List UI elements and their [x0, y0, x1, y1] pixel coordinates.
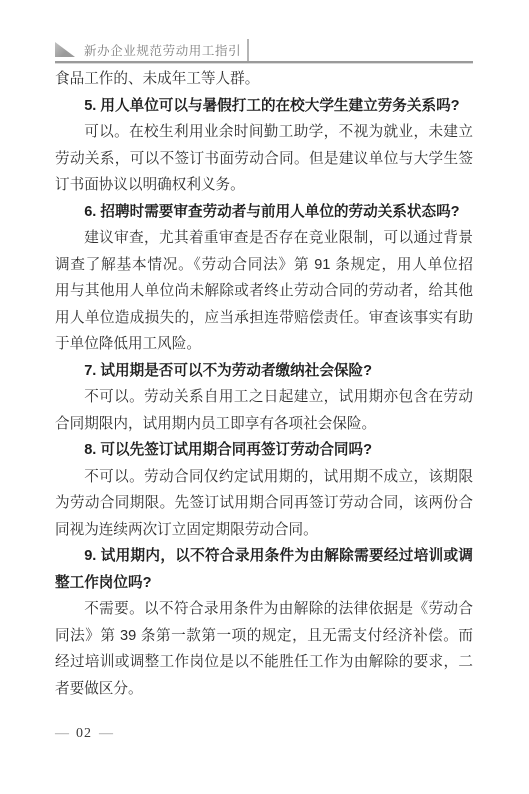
- paragraph-continuation: 食品工作的、未成年工等人群。: [55, 66, 473, 93]
- text-line: 5. 用人单位可以与暑假打工的在校大学生建立劳务关系吗?: [55, 93, 473, 120]
- text-line: 9. 试用期内，以不符合录用条件为由解除需要经过培训或调: [55, 543, 473, 570]
- paragraph-question: 8. 可以先签订试用期合同再签订劳动合同吗?: [55, 437, 473, 464]
- text-line: 为劳动合同期限。先签订试用期合同再签订劳动合同，该两份合: [55, 490, 473, 517]
- text-line: 经过培训或调整工作岗位是以不能胜任工作为由解除的要求，二: [55, 649, 473, 676]
- paragraph-question: 9. 试用期内，以不符合录用条件为由解除需要经过培训或调整工作岗位吗?: [55, 543, 473, 596]
- text-line: 可以。在校生利用业余时间勤工助学，不视为就业，未建立: [55, 119, 473, 146]
- paragraph-question: 6. 招聘时需要审查劳动者与前用人单位的劳动关系状态吗?: [55, 199, 473, 226]
- footer-dash-left: —: [55, 726, 69, 742]
- paragraph-question: 7. 试用期是否可以不为劳动者缴纳社会保险?: [55, 358, 473, 385]
- text-line: 于单位降低用工风险。: [55, 331, 473, 358]
- text-line: 调查了解基本情况。《劳动合同法》第 91 条规定，用人单位招: [55, 252, 473, 279]
- header-rule: [55, 61, 473, 64]
- text-line: 劳动关系，可以不签订书面劳动合同。但是建议单位与大学生签: [55, 146, 473, 173]
- text-line: 合同期限内，试用期内员工即享有各项社会保险。: [55, 411, 473, 438]
- text-line: 不可以。劳动关系自用工之日起建立，试用期亦包含在劳动: [55, 384, 473, 411]
- text-line: 同视为连续两次订立固定期限劳动合同。: [55, 517, 473, 544]
- page-body: 食品工作的、未成年工等人群。5. 用人单位可以与暑假打工的在校大学生建立劳务关系…: [55, 66, 473, 702]
- text-line: 不需要。以不符合录用条件为由解除的法律依据是《劳动合: [55, 596, 473, 623]
- paragraph-answer: 不可以。劳动关系自用工之日起建立，试用期亦包含在劳动合同期限内，试用期内员工即享…: [55, 384, 473, 437]
- paragraph-answer: 建议审查，尤其着重审查是否存在竞业限制，可以通过背景调查了解基本情况。《劳动合同…: [55, 225, 473, 358]
- running-head: 新办企业规范劳动用工指引: [55, 38, 473, 61]
- text-line: 6. 招聘时需要审查劳动者与前用人单位的劳动关系状态吗?: [55, 199, 473, 226]
- book-page: 新办企业规范劳动用工指引 食品工作的、未成年工等人群。5. 用人单位可以与暑假打…: [0, 0, 529, 794]
- text-line: 食品工作的、未成年工等人群。: [55, 66, 473, 93]
- corner-triangle-icon: [55, 42, 75, 57]
- text-line: 7. 试用期是否可以不为劳动者缴纳社会保险?: [55, 358, 473, 385]
- text-line: 用人单位造成损失的，应当承担连带赔偿责任。审查该事实有助: [55, 305, 473, 332]
- page-footer: — 02 —: [55, 726, 113, 742]
- running-head-title: 新办企业规范劳动用工指引: [84, 41, 241, 59]
- paragraph-question: 5. 用人单位可以与暑假打工的在校大学生建立劳务关系吗?: [55, 93, 473, 120]
- paragraph-answer: 不需要。以不符合录用条件为由解除的法律依据是《劳动合同法》第 39 条第一款第一…: [55, 596, 473, 702]
- footer-dash-right: —: [99, 726, 113, 742]
- text-line: 建议审查，尤其着重审查是否存在竞业限制，可以通过背景: [55, 225, 473, 252]
- page-header: 新办企业规范劳动用工指引: [55, 38, 473, 64]
- paragraph-answer: 可以。在校生利用业余时间勤工助学，不视为就业，未建立劳动关系，可以不签订书面劳动…: [55, 119, 473, 199]
- page-number: 02: [76, 726, 92, 742]
- text-line: 用与其他用人单位尚未解除或者终止劳动合同的劳动者，给其他: [55, 278, 473, 305]
- text-line: 订书面协议以明确权利义务。: [55, 172, 473, 199]
- paragraph-answer: 不可以。劳动合同仅约定试用期的，试用期不成立，该期限为劳动合同期限。先签订试用期…: [55, 464, 473, 544]
- text-line: 不可以。劳动合同仅约定试用期的，试用期不成立，该期限: [55, 464, 473, 491]
- text-line: 同法》第 39 条第一款第一项的规定，且无需支付经济补偿。而: [55, 623, 473, 650]
- text-line: 整工作岗位吗?: [55, 570, 473, 597]
- text-line: 者要做区分。: [55, 676, 473, 703]
- header-divider-bar: [247, 39, 249, 61]
- text-line: 8. 可以先签订试用期合同再签订劳动合同吗?: [55, 437, 473, 464]
